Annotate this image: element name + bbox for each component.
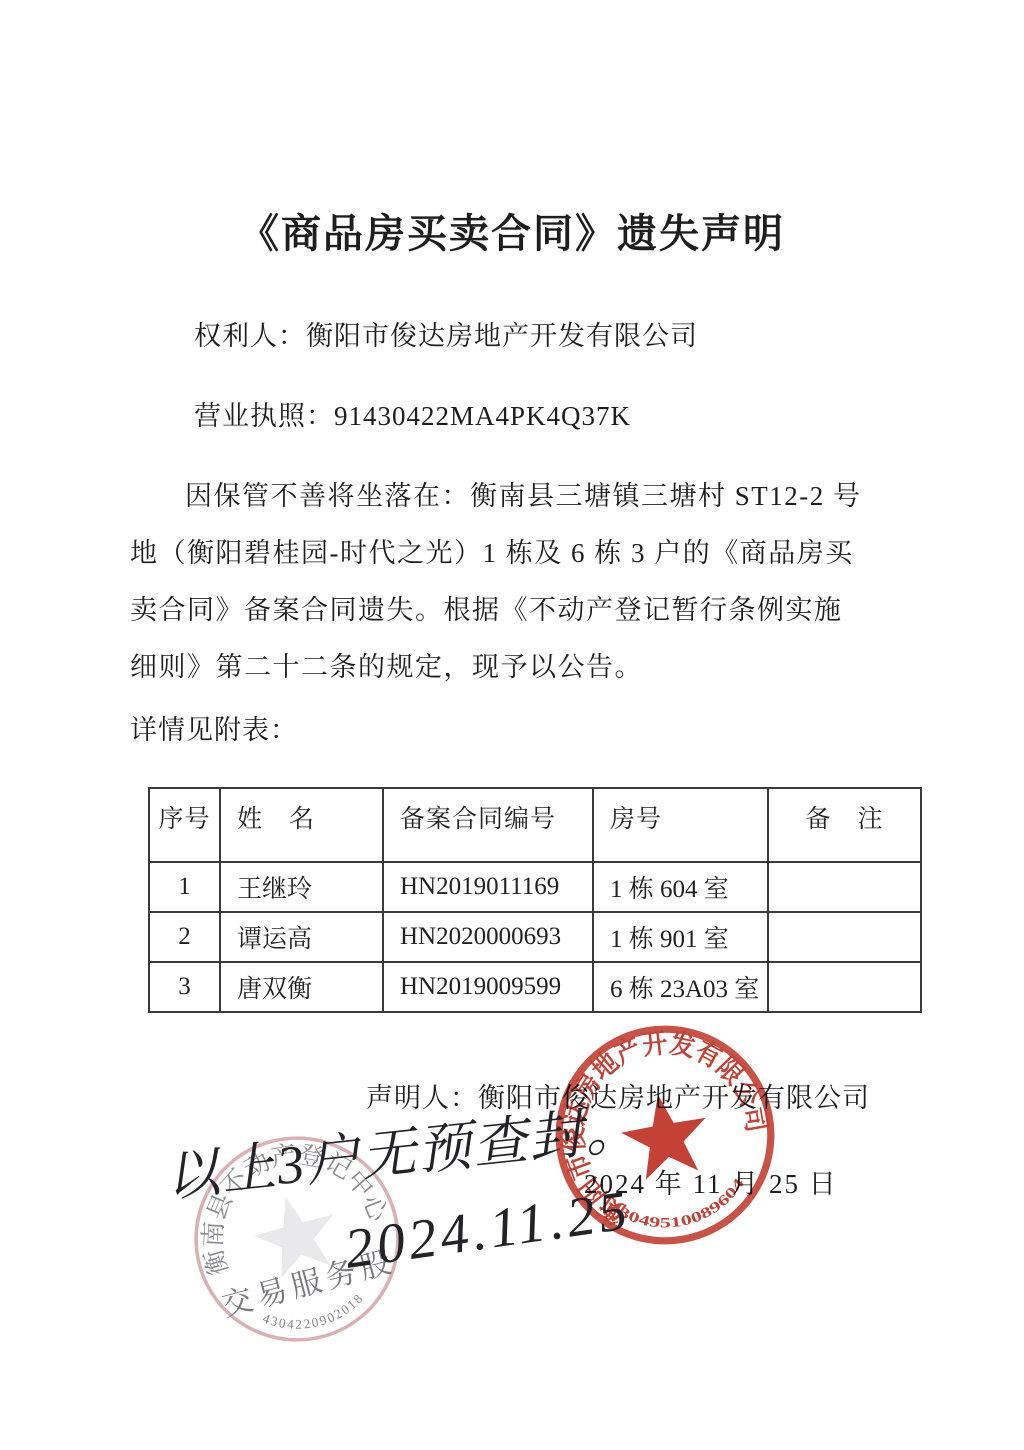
cell-remark (768, 862, 921, 912)
rights-holder-label: 权利人： (194, 321, 306, 351)
header-contract-no: 备案合同编号 (383, 788, 593, 862)
contracts-table: 序号 姓 名 备案合同编号 房号 备 注 1 王继玲 HN2019011169 … (148, 787, 922, 1013)
document-title: 《商品房买卖合同》遗失声明 (0, 202, 1024, 259)
paragraph-line: 地（衡阳碧桂园-时代之光）1 栋及 6 栋 3 户的《商品房买 (130, 525, 920, 582)
scanned-document-page: 《商品房买卖合同》遗失声明 权利人：衡阳市俊达房地产开发有限公司 营业执照：91… (0, 0, 1024, 1450)
cell-room: 6 栋 23A03 室 (593, 962, 768, 1012)
cell-contract-no: HN2019011169 (383, 862, 593, 912)
header-remark: 备 注 (768, 788, 921, 862)
header-seq: 序号 (149, 788, 220, 862)
paragraph-line: 因保管不善将坐落在：衡南县三塘镇三塘村 ST12-2 号 (130, 468, 920, 525)
cell-seq: 3 (149, 962, 220, 1012)
header-name: 姓 名 (220, 788, 383, 862)
paragraph-line: 细则》第二十二条的规定，现予以公告。 (130, 639, 920, 696)
table-row: 3 唐双衡 HN2019009599 6 栋 23A03 室 (149, 962, 921, 1012)
table-row: 1 王继玲 HN2019011169 1 栋 604 室 (149, 862, 921, 912)
business-license-value: 91430422MA4PK4Q37K (334, 401, 631, 431)
cell-name: 王继玲 (220, 862, 383, 912)
declaration-paragraph: 因保管不善将坐落在：衡南县三塘镇三塘村 ST12-2 号 地（衡阳碧桂园-时代之… (130, 468, 920, 696)
business-license-line: 营业执照：91430422MA4PK4Q37K (194, 394, 631, 433)
cell-contract-no: HN2019009599 (383, 962, 593, 1012)
cell-contract-no: HN2020000693 (383, 912, 593, 962)
cell-room: 1 栋 604 室 (593, 862, 768, 912)
rights-holder-line: 权利人：衡阳市俊达房地产开发有限公司 (194, 314, 698, 353)
business-license-label: 营业执照： (194, 401, 334, 431)
header-room: 房号 (593, 788, 768, 862)
cell-seq: 2 (149, 912, 220, 962)
cell-remark (768, 912, 921, 962)
cell-name: 谭运高 (220, 912, 383, 962)
attachment-note: 详情见附表： (130, 708, 298, 747)
cell-name: 唐双衡 (220, 962, 383, 1012)
cell-room: 1 栋 901 室 (593, 912, 768, 962)
table-row: 2 谭运高 HN2020000693 1 栋 901 室 (149, 912, 921, 962)
rights-holder-value: 衡阳市俊达房地产开发有限公司 (306, 321, 698, 351)
cell-seq: 1 (149, 862, 220, 912)
cell-remark (768, 962, 921, 1012)
paragraph-line: 卖合同》备案合同遗失。根据《不动产登记暂行条例实施 (130, 582, 920, 639)
table-header-row: 序号 姓 名 备案合同编号 房号 备 注 (149, 788, 921, 862)
